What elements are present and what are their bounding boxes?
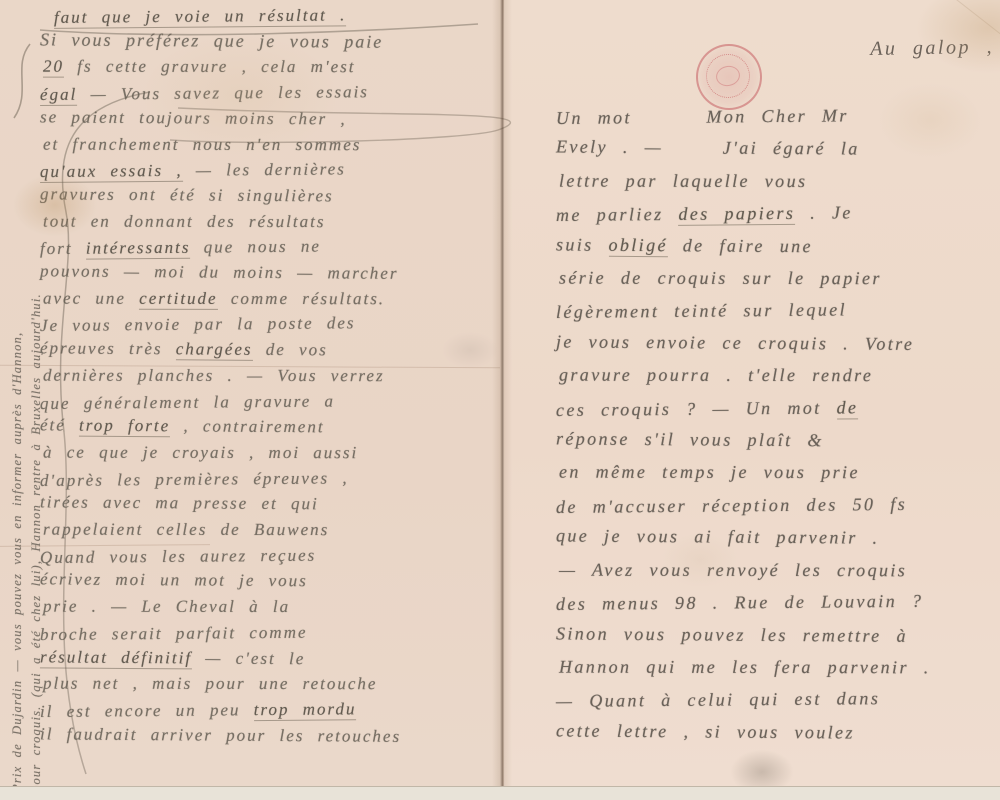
handwritten-line: que généralement la gravure a (40, 386, 502, 416)
handwritten-line: légèrement teinté sur lequel (556, 292, 1000, 328)
underlined-text: de (836, 397, 858, 419)
line-text: se paient toujours moins cher , (40, 107, 347, 128)
line-text: — Quant à celui qui est dans (556, 688, 880, 711)
handwritten-line: résultat définitif — c'est le (40, 644, 502, 673)
line-text: prie . — Le Cheval à la (43, 597, 290, 616)
handwritten-line: que je vous ai fait parvenir . (556, 520, 1000, 556)
margin-note-line: Prix de Dujardin — vous pouvez vous en i… (8, 30, 27, 792)
line-text: plus net , mais pour une retouche (43, 674, 378, 694)
underlined-text: certitude (139, 288, 217, 309)
handwritten-line: été trop forte , contrairement (40, 413, 502, 442)
handwritten-line: Je vous envoie par la poste des (40, 309, 502, 339)
handwritten-line: écrivez moi un mot je vous (40, 567, 502, 596)
line-text: il faudrait arriver pour les retouches (40, 724, 401, 746)
line-text: gravures ont été si singulières (40, 184, 334, 205)
line-text: d'après les premières épreuves , (40, 468, 349, 490)
handwritten-line: suis obligé de faire une (556, 228, 1000, 264)
underlined-text: obligé (608, 234, 668, 256)
handwritten-line: ces croquis ? — Un mot de (556, 390, 1000, 426)
handwritten-line: broche serait parfait comme (40, 618, 502, 648)
handwritten-line: pouvons — moi du moins — marcher (40, 258, 502, 287)
letter-scan: faut que je voie un résultat . Si vous p… (0, 0, 1000, 800)
line-text: — Vous savez que les essais (77, 82, 369, 104)
line-text: — c'est le (192, 648, 305, 668)
line-text: Sinon vous pouvez les remettre à (556, 623, 908, 645)
handwritten-line: des menus 98 . Rue de Louvain ? (556, 584, 1000, 620)
handwritten-line: à ce que je croyais , moi aussi (43, 440, 502, 467)
handwritten-line: Sinon vous pouvez les remettre à (556, 617, 1000, 653)
line-text: pouvons — moi du moins — marcher (40, 261, 399, 283)
line-text: fort (40, 239, 86, 258)
line-text: Quand vous les aurez reçues (40, 545, 316, 566)
line-text: écrivez moi un mot je vous (40, 570, 308, 591)
line-text: et franchement nous n'en sommes (43, 134, 361, 154)
line-text: épreuves très (40, 339, 176, 359)
line-text: il est encore un peu (40, 700, 254, 721)
line-text: ces croquis ? — Un mot (556, 397, 837, 419)
handwritten-line: plus net , mais pour une retouche (43, 671, 502, 698)
line-text: cette lettre , si vous voulez (556, 720, 855, 742)
line-text: me parliez (556, 204, 679, 225)
handwritten-line: épreuves très chargées de vos (40, 336, 502, 365)
line-text: des menus 98 . Rue de Louvain ? (556, 591, 924, 614)
handwritten-line: il est encore un peu trop mordu (40, 695, 502, 725)
letter-page-right: Au galop , Un mot Mon Cher Mr Evely . — … (504, 0, 1000, 788)
handwritten-line: Hannon qui me les fera parvenir . (559, 651, 1000, 684)
left-page-text: faut que je voie un résultat . Si vous p… (40, 3, 502, 748)
line-text: de faire une (668, 235, 813, 256)
underlined-text: qu'aux essais , (40, 161, 183, 183)
right-page-text: Un mot Mon Cher Mr Evely . — J'ai égaré … (556, 100, 1000, 748)
handwritten-line: rappelaient celles de Bauwens (43, 517, 502, 544)
handwritten-line: égal — Vous savez que les essais (40, 78, 502, 108)
line-text: Si vous préférez que je vous paie (40, 29, 383, 51)
handwritten-line: Evely . — J'ai égaré la (556, 131, 1000, 167)
handwritten-line: qu'aux essais , — les dernières (40, 155, 502, 185)
handwritten-line: me parliez des papiers . Je (556, 195, 1000, 231)
handwritten-line: de m'accuser réception des 50 fs (556, 487, 1000, 523)
line-text: avec une (43, 288, 139, 307)
line-text: — Avez vous renvoyé les croquis (559, 559, 907, 580)
handwritten-line: fort intéressants que nous ne (40, 232, 502, 262)
line-text: je vous envoie ce croquis . Votre (556, 331, 914, 354)
handwritten-line: cette lettre , si vous voulez (556, 714, 1000, 750)
line-text: série de croquis sur le papier (559, 268, 882, 289)
handwritten-line: Si vous préférez que je vous paie (40, 27, 502, 56)
line-text: tirées avec ma presse et qui (40, 493, 319, 514)
margin-annotation: Prix de Dujardin — vous pouvez vous en i… (8, 30, 46, 792)
underlined-text: résultat définitif (40, 647, 192, 669)
line-text: Hannon qui me les fera parvenir . (559, 657, 931, 678)
line-text: suis (556, 234, 609, 254)
line-text: que nous ne (190, 237, 321, 257)
handwritten-line: en même temps je vous prie (559, 456, 1000, 489)
line-text: à ce que je croyais , moi aussi (43, 443, 358, 463)
handwritten-line: il faudrait arriver pour les retouches (40, 721, 502, 750)
handwritten-line: prie . — Le Cheval à la (43, 594, 502, 621)
line-text: broche serait parfait comme (40, 623, 308, 644)
handwritten-line: dernières planches . — Vous verrez (43, 362, 502, 389)
scan-background-edge (0, 786, 1000, 800)
underlined-text: trop forte (79, 416, 170, 438)
letter-page-left: faut que je voie un résultat . Si vous p… (0, 0, 502, 788)
line-text: . Je (795, 203, 853, 224)
underlined-text: chargées (176, 339, 253, 361)
line-text: de vos (252, 340, 327, 360)
line-text: comme résultats. (218, 289, 386, 308)
handwritten-line: 20 fs cette gravure , cela m'est (43, 54, 502, 81)
underlined-text: des papiers (678, 203, 795, 226)
handwritten-line: lettre par laquelle vous (559, 164, 1000, 197)
handwritten-line: et franchement nous n'en sommes (43, 131, 502, 158)
line-text: Je vous envoie par la poste des (40, 314, 356, 336)
line-text: Evely . — J'ai égaré la (556, 137, 860, 159)
handwritten-line: Un mot Mon Cher Mr (556, 98, 1000, 134)
handwritten-line: gravure pourra . t'elle rendre (559, 359, 1000, 392)
margin-note-line: pour croquis. (qui a été chez lui), Hann… (27, 30, 46, 792)
handwritten-line: tout en donnant des résultats (43, 208, 502, 235)
line-text: rappelaient celles de Bauwens (43, 520, 329, 539)
handwritten-line: — Quant à celui qui est dans (556, 681, 1000, 717)
letter-salutation: Au galop , (744, 36, 994, 63)
underlined-text: trop mordu (254, 699, 357, 721)
handwritten-line: je vous envoie ce croquis . Votre (556, 325, 1000, 361)
line-text: lettre par laquelle vous (559, 170, 807, 190)
line-text: , contrairement (170, 417, 325, 437)
handwritten-line: faut que je voie un résultat . (40, 1, 502, 31)
line-text: tout en donnant des résultats (43, 211, 325, 230)
handwritten-line: série de croquis sur le papier (559, 262, 1000, 295)
line-text: Un mot Mon Cher Mr (556, 105, 849, 128)
line-text: gravure pourra . t'elle rendre (559, 365, 873, 386)
line-text: réponse s'il vous plaît & (556, 428, 824, 450)
underlined-text: faut que je voie un résultat . (54, 5, 346, 29)
line-text: légèrement teinté sur lequel (556, 300, 847, 323)
handwritten-line: avec une certitude comme résultats. (43, 285, 502, 312)
handwritten-line: — Avez vous renvoyé les croquis (559, 553, 1000, 586)
handwritten-line: réponse s'il vous plaît & (556, 422, 1000, 458)
handwritten-line: tirées avec ma presse et qui (40, 490, 502, 519)
line-text: que généralement la gravure a (40, 391, 335, 413)
line-text: dernières planches . — Vous verrez (43, 365, 385, 385)
line-text: en même temps je vous prie (559, 462, 860, 483)
line-text: de m'accuser réception des 50 fs (556, 494, 907, 517)
handwritten-line: se paient toujours moins cher , (40, 104, 502, 133)
underlined-text: 20 (43, 57, 64, 78)
line-text: — les dernières (182, 160, 345, 180)
handwritten-line: gravures ont été si singulières (40, 181, 502, 210)
line-text: que je vous ai fait parvenir . (556, 526, 880, 548)
underlined-text: intéressants (86, 238, 191, 260)
line-text: fs cette gravure , cela m'est (64, 57, 356, 77)
